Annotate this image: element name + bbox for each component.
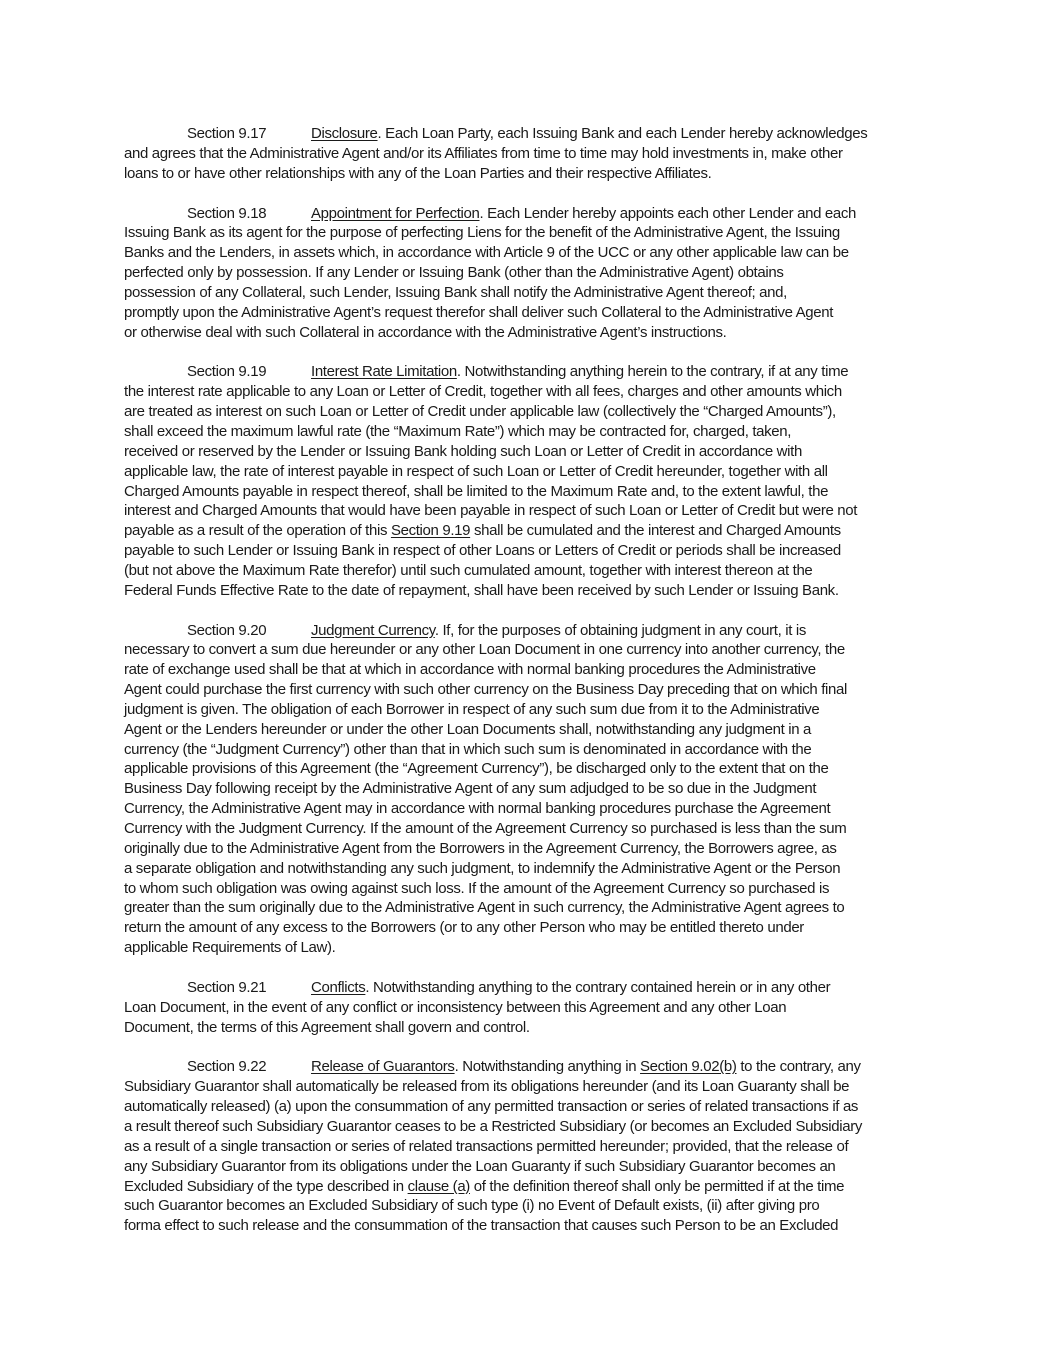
section-9-17: Section 9.17Disclosure. Each Loan Party,… <box>124 124 944 184</box>
section-title: Conflicts <box>311 979 365 996</box>
section-9-02b-cross-reference[interactable]: Section 9.02(b) <box>640 1058 736 1075</box>
clause-a-cross-reference[interactable]: clause (a) <box>408 1178 470 1195</box>
section-9-19: Section 9.19Interest Rate Limitation. No… <box>124 362 944 600</box>
section-9-20: Section 9.20Judgment Currency. If, for t… <box>124 621 944 958</box>
section-title: Release of Guarantors <box>311 1058 455 1075</box>
section-9-21: Section 9.21Conflicts. Notwithstanding a… <box>124 978 944 1038</box>
section-number: Section 9.20 <box>187 621 311 641</box>
section-title: Disclosure <box>311 125 378 142</box>
section-number: Section 9.21 <box>187 978 311 998</box>
section-number: Section 9.18 <box>187 204 311 224</box>
section-9-19-cross-reference[interactable]: Section 9.19 <box>391 522 470 539</box>
section-9-22: Section 9.22Release of Guarantors. Notwi… <box>124 1057 944 1236</box>
section-9-18: Section 9.18Appointment for Perfection. … <box>124 204 944 343</box>
section-number: Section 9.17 <box>187 124 311 144</box>
section-title: Appointment for Perfection <box>311 205 480 222</box>
document-page: Section 9.17Disclosure. Each Loan Party,… <box>124 124 944 1256</box>
section-title: Judgment Currency <box>311 622 435 639</box>
section-number: Section 9.19 <box>187 362 311 382</box>
section-title: Interest Rate Limitation <box>311 363 457 380</box>
section-number: Section 9.22 <box>187 1057 311 1077</box>
